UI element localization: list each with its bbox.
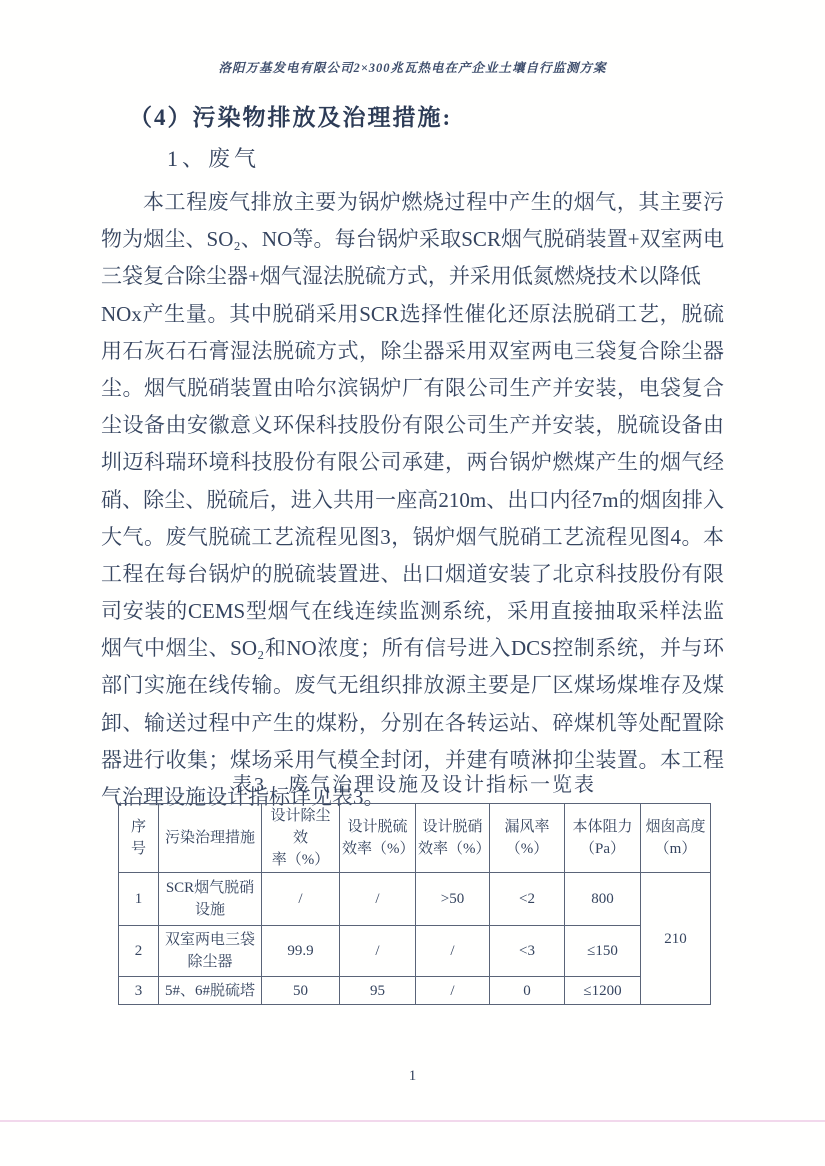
- cell-leak-rate: <2: [490, 873, 565, 926]
- section-heading: （4）污染物排放及治理措施:: [129, 99, 452, 132]
- cell-leak-rate: 0: [490, 977, 565, 1005]
- table-caption: 表3 废气治理设施及设计指标一览表: [118, 768, 710, 797]
- cell-dust-eff: /: [262, 873, 340, 926]
- header-cell-resistance: 本体阻力 （Pa）: [565, 804, 641, 873]
- header-cell-dust-eff: 设计除尘效 率（%）: [262, 804, 340, 873]
- cell-leak-rate: <3: [490, 926, 565, 977]
- cell-measure: 双室两电三袋 除尘器: [159, 926, 262, 977]
- cell-denitr-eff: /: [416, 926, 490, 977]
- header-cell-chimney: 烟囱高度 （m）: [641, 804, 711, 873]
- cell-resistance: 800: [565, 873, 641, 926]
- header-cell-measure: 污染治理措施: [159, 804, 262, 873]
- body-line: 尘。烟气脱硝装置由哈尔滨锅炉厂有限公司生产并安装，电袋复合除: [101, 370, 724, 407]
- header-cell-desulf-eff: 设计脱硫 效率（%）: [340, 804, 416, 873]
- body-line: NOx产生量。其中脱硝采用SCR选择性催化还原法脱硝工艺，脱硫采: [101, 296, 724, 333]
- table-row: 2 双室两电三袋 除尘器 99.9 / / <3 ≤150: [119, 926, 711, 977]
- header-cell-denitr-eff: 设计脱硝 效率（%）: [416, 804, 490, 873]
- table-row: 3 5#、6#脱硫塔 50 95 / 0 ≤1200: [119, 977, 711, 1005]
- cell-desulf-eff: /: [340, 926, 416, 977]
- table-row: 1 SCR烟气脱硝 设施 / / >50 <2 800 210: [119, 873, 711, 926]
- body-line: 卸、输送过程中产生的煤粉，分别在各转运站、碎煤机等处配置除尘: [101, 705, 724, 742]
- cell-denitr-eff: /: [416, 977, 490, 1005]
- header-cell-seq: 序 号: [119, 804, 159, 873]
- cell-dust-eff: 99.9: [262, 926, 340, 977]
- body-line: 尘设备由安徽意义环保科技股份有限公司生产并安装，脱硫设备由深: [101, 407, 724, 444]
- cell-desulf-eff: 95: [340, 977, 416, 1005]
- design-indicator-table: 序 号 污染治理措施 设计除尘效 率（%） 设计脱硫 效率（%） 设计脱硝 效率…: [118, 803, 711, 1005]
- sub-heading: 1、废气: [167, 142, 260, 173]
- body-line: 本工程废气排放主要为锅炉燃烧过程中产生的烟气，其主要污染: [101, 184, 724, 221]
- cell-chimney-height: 210: [641, 873, 711, 1005]
- cell-desulf-eff: /: [340, 873, 416, 926]
- body-paragraph: 本工程废气排放主要为锅炉燃烧过程中产生的烟气，其主要污染 物为烟尘、SO₂、NO…: [101, 184, 724, 816]
- running-header: 洛阳万基发电有限公司2×300兆瓦热电在产企业土壤自行监测方案: [0, 58, 825, 76]
- body-line: 烟气中烟尘、SO₂和NO浓度；所有信号进入DCS控制系统，并与环保: [101, 630, 724, 667]
- cell-seq: 3: [119, 977, 159, 1005]
- cell-resistance: ≤1200: [565, 977, 641, 1005]
- body-line: 司安装的CEMS型烟气在线连续监测系统，采用直接抽取采样法监测: [101, 593, 724, 630]
- body-line: 三袋复合除尘器+烟气湿法脱硫方式，并采用低氮燃烧技术以降低: [101, 258, 724, 295]
- cell-seq: 1: [119, 873, 159, 926]
- table-header-row: 序 号 污染治理措施 设计除尘效 率（%） 设计脱硫 效率（%） 设计脱硝 效率…: [119, 804, 711, 873]
- cell-dust-eff: 50: [262, 977, 340, 1005]
- body-line: 工程在每台锅炉的脱硫装置进、出口烟道安装了北京科技股份有限公: [101, 556, 724, 593]
- body-line: 用石灰石石膏湿法脱硫方式，除尘器采用双室两电三袋复合除尘器除: [101, 333, 724, 370]
- body-line: 物为烟尘、SO₂、NO等。每台锅炉采取SCR烟气脱硝装置+双室两电: [101, 221, 724, 258]
- cell-measure: 5#、6#脱硫塔: [159, 977, 262, 1005]
- header-cell-leak-rate: 漏风率 （%）: [490, 804, 565, 873]
- cell-seq: 2: [119, 926, 159, 977]
- page-number: 1: [0, 1068, 825, 1085]
- scan-page-edge-line: [0, 1120, 825, 1122]
- body-line: 圳迈科瑞环境科技股份有限公司承建，两台锅炉燃煤产生的烟气经脱: [101, 444, 724, 481]
- body-line: 部门实施在线传输。废气无组织排放源主要是厂区煤场煤堆存及煤装: [101, 667, 724, 704]
- cell-resistance: ≤150: [565, 926, 641, 977]
- cell-denitr-eff: >50: [416, 873, 490, 926]
- body-line: 大气。废气脱硫工艺流程见图3，锅炉烟气脱硝工艺流程见图4。本期: [101, 519, 724, 556]
- cell-measure: SCR烟气脱硝 设施: [159, 873, 262, 926]
- document-page: 洛阳万基发电有限公司2×300兆瓦热电在产企业土壤自行监测方案 （4）污染物排放…: [0, 0, 825, 1166]
- body-line: 硝、除尘、脱硫后，进入共用一座高210m、出口内径7m的烟囱排入: [101, 482, 724, 519]
